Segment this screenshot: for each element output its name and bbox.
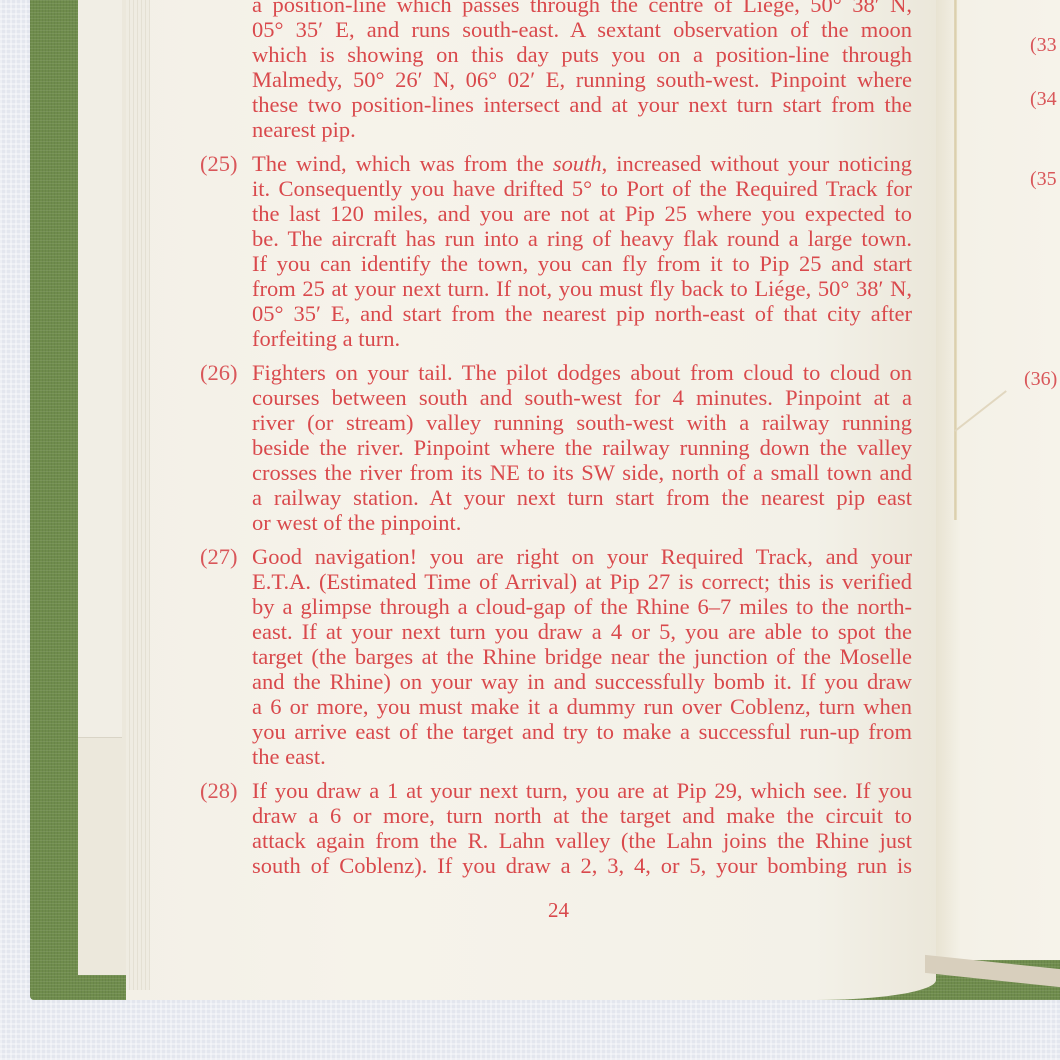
- text-line: or west of the pinpoint.: [252, 510, 912, 535]
- paragraph-text: a position-line which passes through the…: [252, 0, 912, 142]
- right-entry-number: (36): [1024, 368, 1057, 391]
- text-line: 05° 35′ E, and runs south-east. A sextan…: [252, 17, 912, 42]
- text-line: from 25 at your next turn. If not, you m…: [252, 276, 912, 301]
- entry-25: (25) The wind, which was from the south,…: [200, 151, 912, 351]
- text-line: If you can identify the town, you can fl…: [252, 251, 912, 276]
- text-line: south of Coblenz). If you draw a 2, 3, 4…: [252, 853, 912, 878]
- text-line: a position-line which passes through the…: [252, 0, 912, 17]
- entry-number-blank: [200, 0, 252, 142]
- entry-number: (28): [200, 778, 252, 878]
- text-line: courses between south and south-west for…: [252, 385, 912, 410]
- text-line: Fighters on your tail. The pilot dodges …: [252, 360, 912, 385]
- entry-number: (26): [200, 360, 252, 535]
- paragraph-text: The wind, which was from the south, incr…: [252, 151, 912, 351]
- text-line: a 6 or more, you must make it a dummy ru…: [252, 694, 912, 719]
- text-line: E.T.A. (Estimated Time of Arrival) at Pi…: [252, 569, 912, 594]
- page-edges: [126, 0, 150, 990]
- text-line: draw a 6 or more, turn north at the targ…: [252, 803, 912, 828]
- page-text-block: a position-line which passes through the…: [200, 0, 912, 887]
- entry-number: (27): [200, 544, 252, 769]
- text-line: it. Consequently you have drifted 5° to …: [252, 176, 912, 201]
- text-line: the last 120 miles, and you are not at P…: [252, 201, 912, 226]
- text-line: Malmedy, 50° 26′ N, 06° 02′ E, running s…: [252, 67, 912, 92]
- page-number: 24: [548, 898, 569, 923]
- text-line: forfeiting a turn.: [252, 326, 912, 351]
- flyleaf: [78, 0, 122, 738]
- text-line: crosses the river from its NE to its SW …: [252, 460, 912, 485]
- text-line: east. If at your next turn you draw a 4 …: [252, 619, 912, 644]
- entry-26: (26) Fighters on your tail. The pilot do…: [200, 360, 912, 535]
- paragraph-text: If you draw a 1 at your next turn, you a…: [252, 778, 912, 878]
- text-line: by a glimpse through a cloud-gap of the …: [252, 594, 912, 619]
- entry-28: (28) If you draw a 1 at your next turn, …: [200, 778, 912, 878]
- text-line: these two position-lines intersect and a…: [252, 92, 912, 117]
- continuation-paragraph: a position-line which passes through the…: [200, 0, 912, 142]
- right-entry-number: (35: [1030, 168, 1057, 191]
- right-entry-number: (33: [1030, 34, 1057, 57]
- right-entry-number: (34: [1030, 88, 1057, 111]
- paragraph-text: Good navigation! you are right on your R…: [252, 544, 912, 769]
- italic-emphasis: south: [553, 151, 602, 176]
- text-line: beside the river. Pinpoint where the rai…: [252, 435, 912, 460]
- entry-number: (25): [200, 151, 252, 351]
- text-line: the east.: [252, 744, 912, 769]
- text-line: 05° 35′ E, and start from the nearest pi…: [252, 301, 912, 326]
- text-line: The wind, which was from the south, incr…: [252, 151, 912, 176]
- text-line: attack again from the R. Lahn valley (th…: [252, 828, 912, 853]
- book-gutter: [954, 0, 957, 520]
- paragraph-text: Fighters on your tail. The pilot dodges …: [252, 360, 912, 535]
- text-line: nearest pip.: [252, 117, 912, 142]
- text-line: target (the barges at the Rhine bridge n…: [252, 644, 912, 669]
- text-line: a railway station. At your next turn sta…: [252, 485, 912, 510]
- text-line: If you draw a 1 at your next turn, you a…: [252, 778, 912, 803]
- text-line: Good navigation! you are right on your R…: [252, 544, 912, 569]
- text-line: and the Rhine) on your way in and succes…: [252, 669, 912, 694]
- text-line: be. The aircraft has run into a ring of …: [252, 226, 912, 251]
- text-line: which is showing on this day puts you on…: [252, 42, 912, 67]
- text-line: you arrive east of the target and try to…: [252, 719, 912, 744]
- text-line: river (or stream) valley running south-w…: [252, 410, 912, 435]
- entry-27: (27) Good navigation! you are right on y…: [200, 544, 912, 769]
